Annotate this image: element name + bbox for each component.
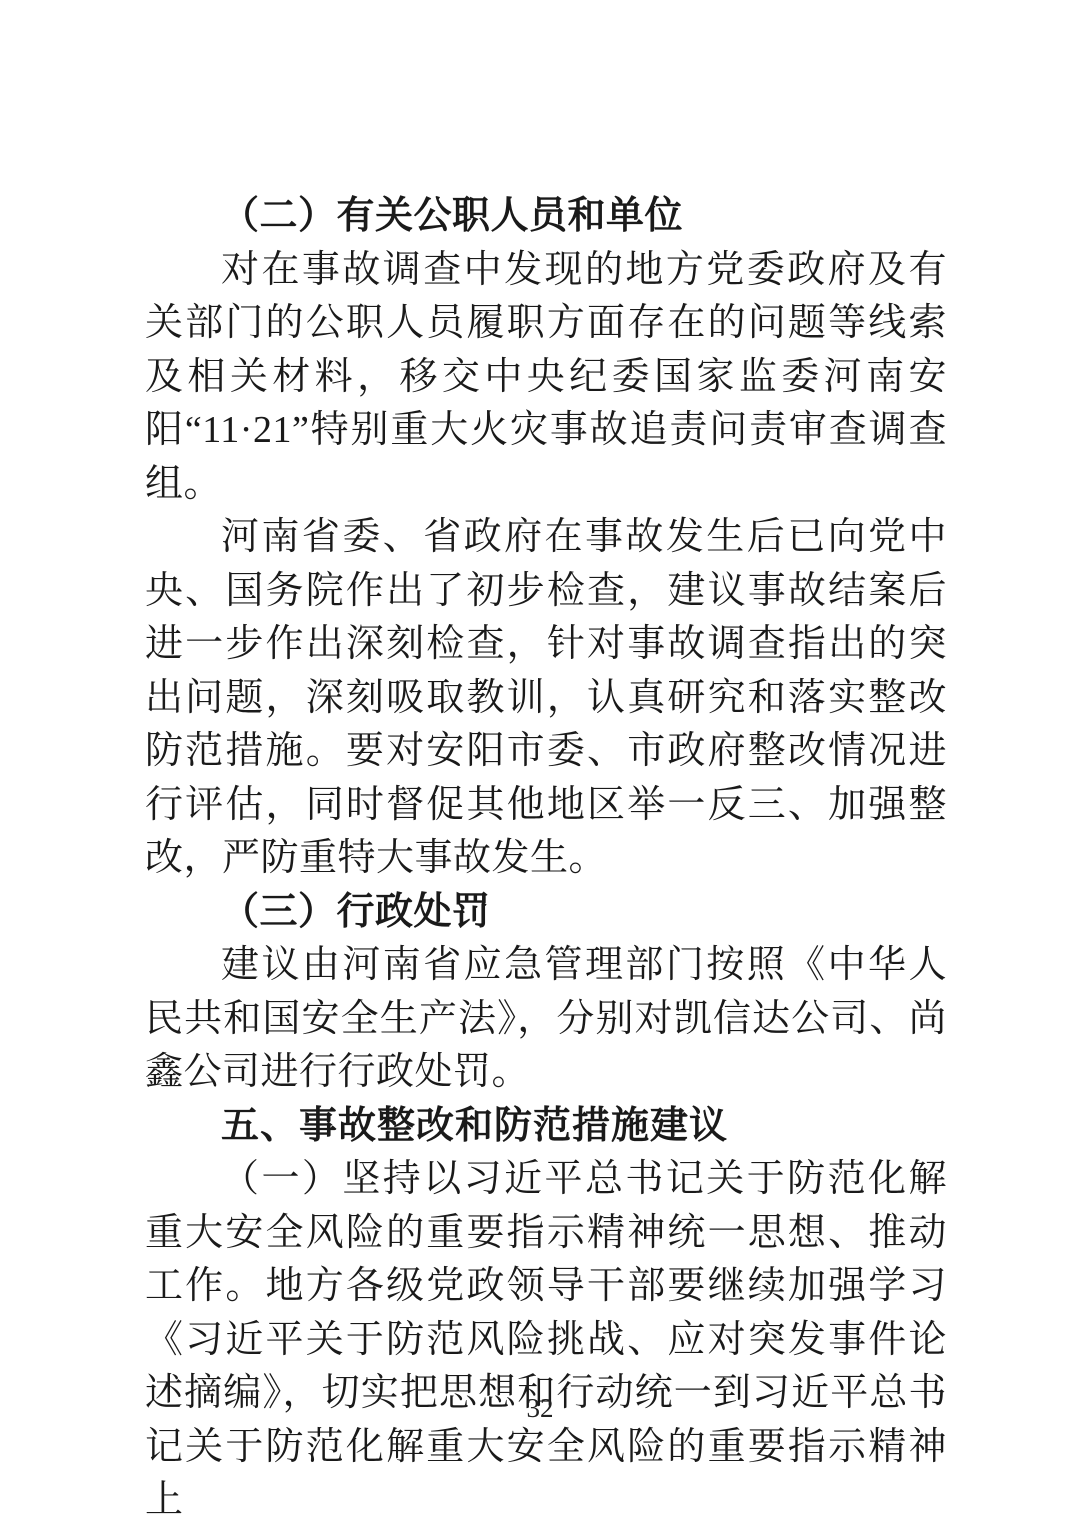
paragraph-administrative-penalty: 建议由河南省应急管理部门按照《中华人民共和国安全生产法》，分别对凯信达公司、尚鑫… bbox=[145, 939, 947, 1100]
document-body: （二）有关公职人员和单位 对在事故调查中发现的地方党委政府及有关部门的公职人员履… bbox=[145, 190, 947, 1526]
section-subheading-2: （二）有关公职人员和单位 bbox=[145, 190, 947, 244]
paragraph-referral-to-discipline-commission: 对在事故调查中发现的地方党委政府及有关部门的公职人员履职方面存在的问题等线索及相… bbox=[145, 244, 947, 512]
paragraph-henan-provincial-review: 河南省委、省政府在事故发生后已向党中央、国务院作出了初步检查，建议事故结案后进一… bbox=[145, 511, 947, 886]
document-page: （二）有关公职人员和单位 对在事故调查中发现的地方党委政府及有关部门的公职人员履… bbox=[0, 0, 1080, 1526]
page-number: 32 bbox=[0, 1392, 1080, 1424]
paragraph-rectification-recommendation-1: （一）坚持以习近平总书记关于防范化解重大安全风险的重要指示精神统一思想、推动工作… bbox=[145, 1153, 947, 1526]
section-subheading-3: （三）行政处罚 bbox=[145, 886, 947, 940]
section-heading-5: 五、事故整改和防范措施建议 bbox=[145, 1100, 947, 1154]
